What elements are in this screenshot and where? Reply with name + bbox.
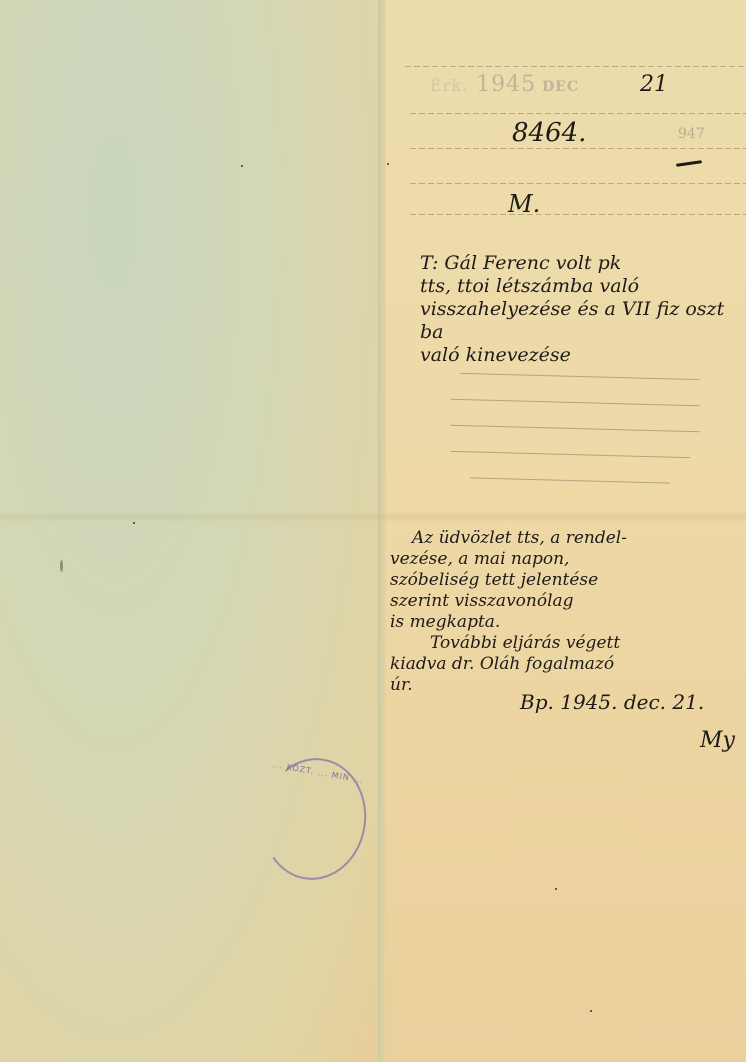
note-line: szóbeliség tett jelentése bbox=[390, 570, 746, 591]
subject-line: tts, ttoi létszámba való bbox=[420, 275, 746, 298]
note-line: Az üdvözlet tts, a rendel- bbox=[390, 528, 746, 549]
vertical-fold bbox=[378, 0, 386, 1062]
subject-line: T: Gál Ferenc volt pk bbox=[420, 252, 746, 275]
stamp-year: 1945 bbox=[476, 72, 536, 97]
note-line: szerint visszavonólag bbox=[390, 591, 746, 612]
left-cover-panel bbox=[0, 0, 380, 1062]
paper-speck bbox=[387, 163, 389, 165]
note-line: vezése, a mai napon, bbox=[390, 549, 746, 570]
form-line bbox=[460, 373, 700, 380]
ruled-line bbox=[410, 113, 746, 114]
horizontal-fold bbox=[0, 512, 746, 522]
form-line bbox=[450, 451, 690, 458]
paper-speck bbox=[241, 165, 243, 167]
ruled-line bbox=[410, 214, 746, 215]
subject-line: visszahelyezése és a VII fiz oszt ba bbox=[420, 298, 746, 344]
paper-stain bbox=[60, 560, 63, 572]
form-line bbox=[450, 399, 700, 407]
ruled-line bbox=[410, 148, 746, 149]
subject-block: T: Gál Ferenc volt pk tts, ttoi létszámb… bbox=[420, 252, 746, 367]
signature: My bbox=[700, 728, 735, 753]
form-line bbox=[450, 425, 700, 433]
note-line: kiadva dr. Oláh fogalmazó bbox=[390, 654, 746, 675]
received-day: 21 bbox=[640, 72, 668, 97]
registry-number: 8464. bbox=[512, 118, 586, 148]
stamp-month: DEC bbox=[542, 79, 579, 95]
note-line: További eljárás végett bbox=[390, 633, 746, 654]
ruled-line bbox=[405, 66, 745, 67]
place-and-date: Bp. 1945. dec. 21. bbox=[520, 690, 704, 714]
received-date-stamp: Érk.1945DEC bbox=[430, 72, 579, 97]
ruled-line bbox=[410, 183, 746, 184]
paper-speck bbox=[590, 1010, 592, 1012]
subject-line: való kinevezése bbox=[420, 344, 746, 367]
faint-stamp-mark: 947 bbox=[678, 126, 705, 142]
top-initials: M. bbox=[508, 190, 540, 218]
paper-speck bbox=[133, 522, 135, 524]
stamp-prefix: Érk. bbox=[430, 76, 468, 95]
form-ruled-lines bbox=[430, 372, 680, 492]
resolution-note: Az üdvözlet tts, a rendel- vezése, a mai… bbox=[390, 528, 746, 696]
note-line: is megkapta. bbox=[390, 612, 746, 633]
paper-speck bbox=[555, 888, 557, 890]
form-line bbox=[470, 477, 670, 483]
